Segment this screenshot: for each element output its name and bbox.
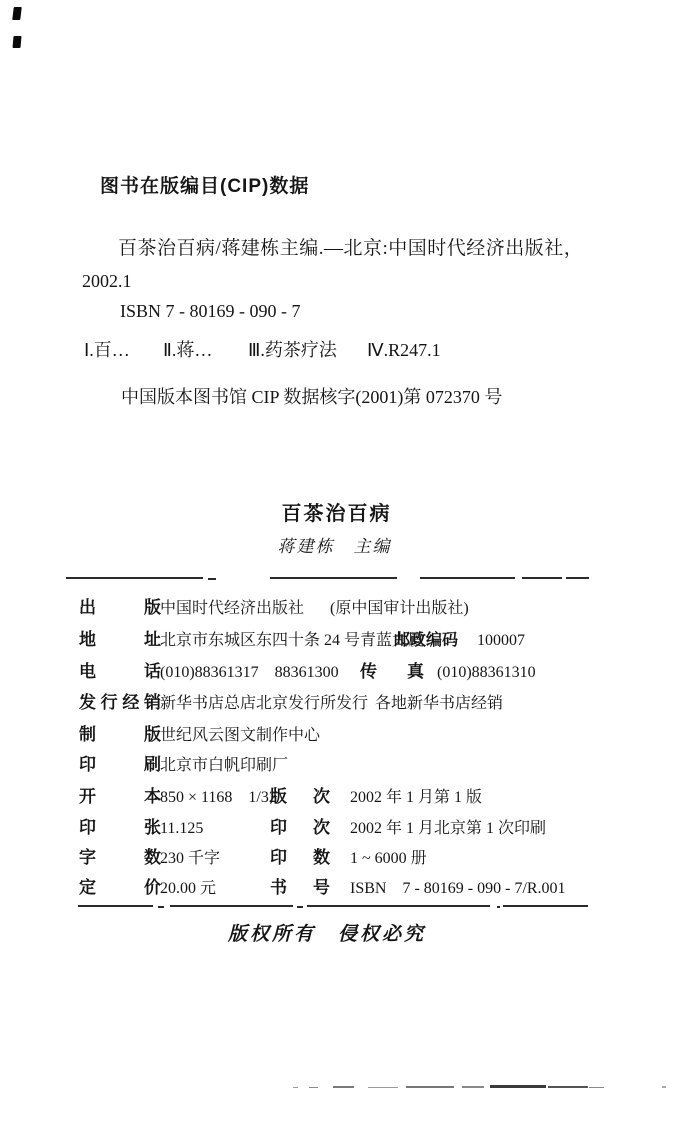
scan-artifact-mark xyxy=(12,36,21,48)
author-line: 蒋建栋 主编 xyxy=(0,537,678,557)
row-value-format: 850 × 1168 1/32 xyxy=(160,789,277,807)
row-label-distribution: 发行经销 xyxy=(79,694,161,713)
postcode-label: 邮政编码 xyxy=(394,632,458,650)
fax-value: (010)88361310 xyxy=(437,664,536,682)
row-label-sheets: 印张 xyxy=(79,819,161,838)
cip-heading: 图书在版编目(CIP)数据 xyxy=(100,176,309,198)
divider-top-segment xyxy=(566,577,589,579)
scan-smudge-segment xyxy=(548,1086,588,1088)
row-label-publisher: 出版 xyxy=(79,599,161,618)
row-label-words: 字数 xyxy=(79,849,161,868)
divider-top-segment xyxy=(208,578,216,580)
row-label-price: 定价 xyxy=(79,879,161,898)
divider-top-segment xyxy=(522,577,562,579)
row-value-impression: 2002 年 1 月北京第 1 次印刷 xyxy=(350,820,546,838)
row-value-sheets: 11.125 xyxy=(160,820,203,838)
row-label-printrun: 印数 xyxy=(270,849,330,868)
scan-smudge-segment xyxy=(368,1087,398,1088)
cip-entry-line2: 2002.1 xyxy=(82,271,132,292)
cip-classification-item: Ⅲ.药茶疗法 xyxy=(248,340,337,361)
row-value2-distribution: 各地新华书店经销 xyxy=(375,695,503,713)
row-value-edition: 2002 年 1 月第 1 版 xyxy=(350,789,482,807)
row-label-address: 地址 xyxy=(79,631,161,650)
copyright-notice: 版权所有 侵权必究 xyxy=(228,924,426,946)
row-label-booknumber: 书号 xyxy=(270,879,330,898)
row-label-platemaking: 制版 xyxy=(79,726,161,745)
row-label-phone: 电话 xyxy=(79,663,161,682)
cip-classification-item: Ⅰ.百… xyxy=(84,340,130,361)
divider-top-segment xyxy=(270,577,397,579)
cip-record-number: 中国版本图书馆 CIP 数据核字(2001)第 072370 号 xyxy=(121,387,502,408)
scan-smudge-segment xyxy=(293,1087,298,1088)
cip-classification-item: Ⅱ.蒋… xyxy=(163,340,212,361)
row-value-booknumber: ISBN 7 - 80169 - 090 - 7/R.001 xyxy=(350,880,566,898)
row-value-price: 20.00 元 xyxy=(160,880,216,898)
divider-bottom-segment xyxy=(503,905,588,907)
row-value-publisher: 中国时代经济出版社 xyxy=(160,600,304,618)
book-copyright-page: 图书在版编目(CIP)数据 百茶治百病/蒋建栋主编.—北京:中国时代经济出版社，… xyxy=(0,0,687,1122)
scan-smudge-segment xyxy=(462,1086,484,1088)
divider-bottom-segment xyxy=(307,905,490,907)
scan-smudge-segment xyxy=(333,1086,354,1088)
fax-label: 传真 xyxy=(360,663,424,682)
row-value-platemaking: 世纪风云图文制作中心 xyxy=(160,727,320,745)
row-value-printrun: 1 ~ 6000 册 xyxy=(350,850,427,868)
scan-smudge-segment xyxy=(309,1087,318,1088)
cip-classification-item: Ⅳ.R247.1 xyxy=(367,340,441,361)
divider-bottom-segment xyxy=(78,905,153,907)
row-label-format: 开本 xyxy=(79,788,161,807)
cip-entry-line1: 百茶治百病/蒋建栋主编.—北京:中国时代经济出版社， xyxy=(118,238,583,260)
divider-top-segment xyxy=(420,577,515,579)
postcode-value: 100007 xyxy=(477,632,525,650)
scan-smudge-segment xyxy=(406,1086,454,1088)
scan-smudge-segment xyxy=(662,1086,666,1088)
row-value-words: 230 千字 xyxy=(160,850,220,868)
scan-smudge-segment xyxy=(589,1087,604,1088)
row-value-printing: 北京市白帆印刷厂 xyxy=(160,757,288,775)
row-value-address: 北京市东城区东四十条 24 号青蓝大厦 xyxy=(160,632,424,650)
row-value-distribution: 新华书店总店北京发行所发行 xyxy=(160,695,368,713)
divider-bottom-segment xyxy=(170,905,293,907)
scan-artifact-mark xyxy=(12,7,22,20)
cip-isbn-line: ISBN 7 - 80169 - 090 - 7 xyxy=(120,301,301,322)
divider-top-segment xyxy=(66,577,203,579)
row-note-publisher: (原中国审计出版社) xyxy=(330,600,469,618)
row-label-impression: 印次 xyxy=(270,819,330,838)
scan-smudge-segment xyxy=(490,1085,546,1088)
book-title: 百茶治百病 xyxy=(0,503,680,526)
divider-bottom-segment xyxy=(158,906,164,908)
divider-bottom-segment xyxy=(297,906,303,908)
row-value-phone: (010)88361317 88361300 xyxy=(160,664,339,682)
row-label-edition: 版次 xyxy=(270,788,330,807)
divider-bottom-segment xyxy=(497,906,500,908)
row-label-printing: 印刷 xyxy=(79,756,161,775)
